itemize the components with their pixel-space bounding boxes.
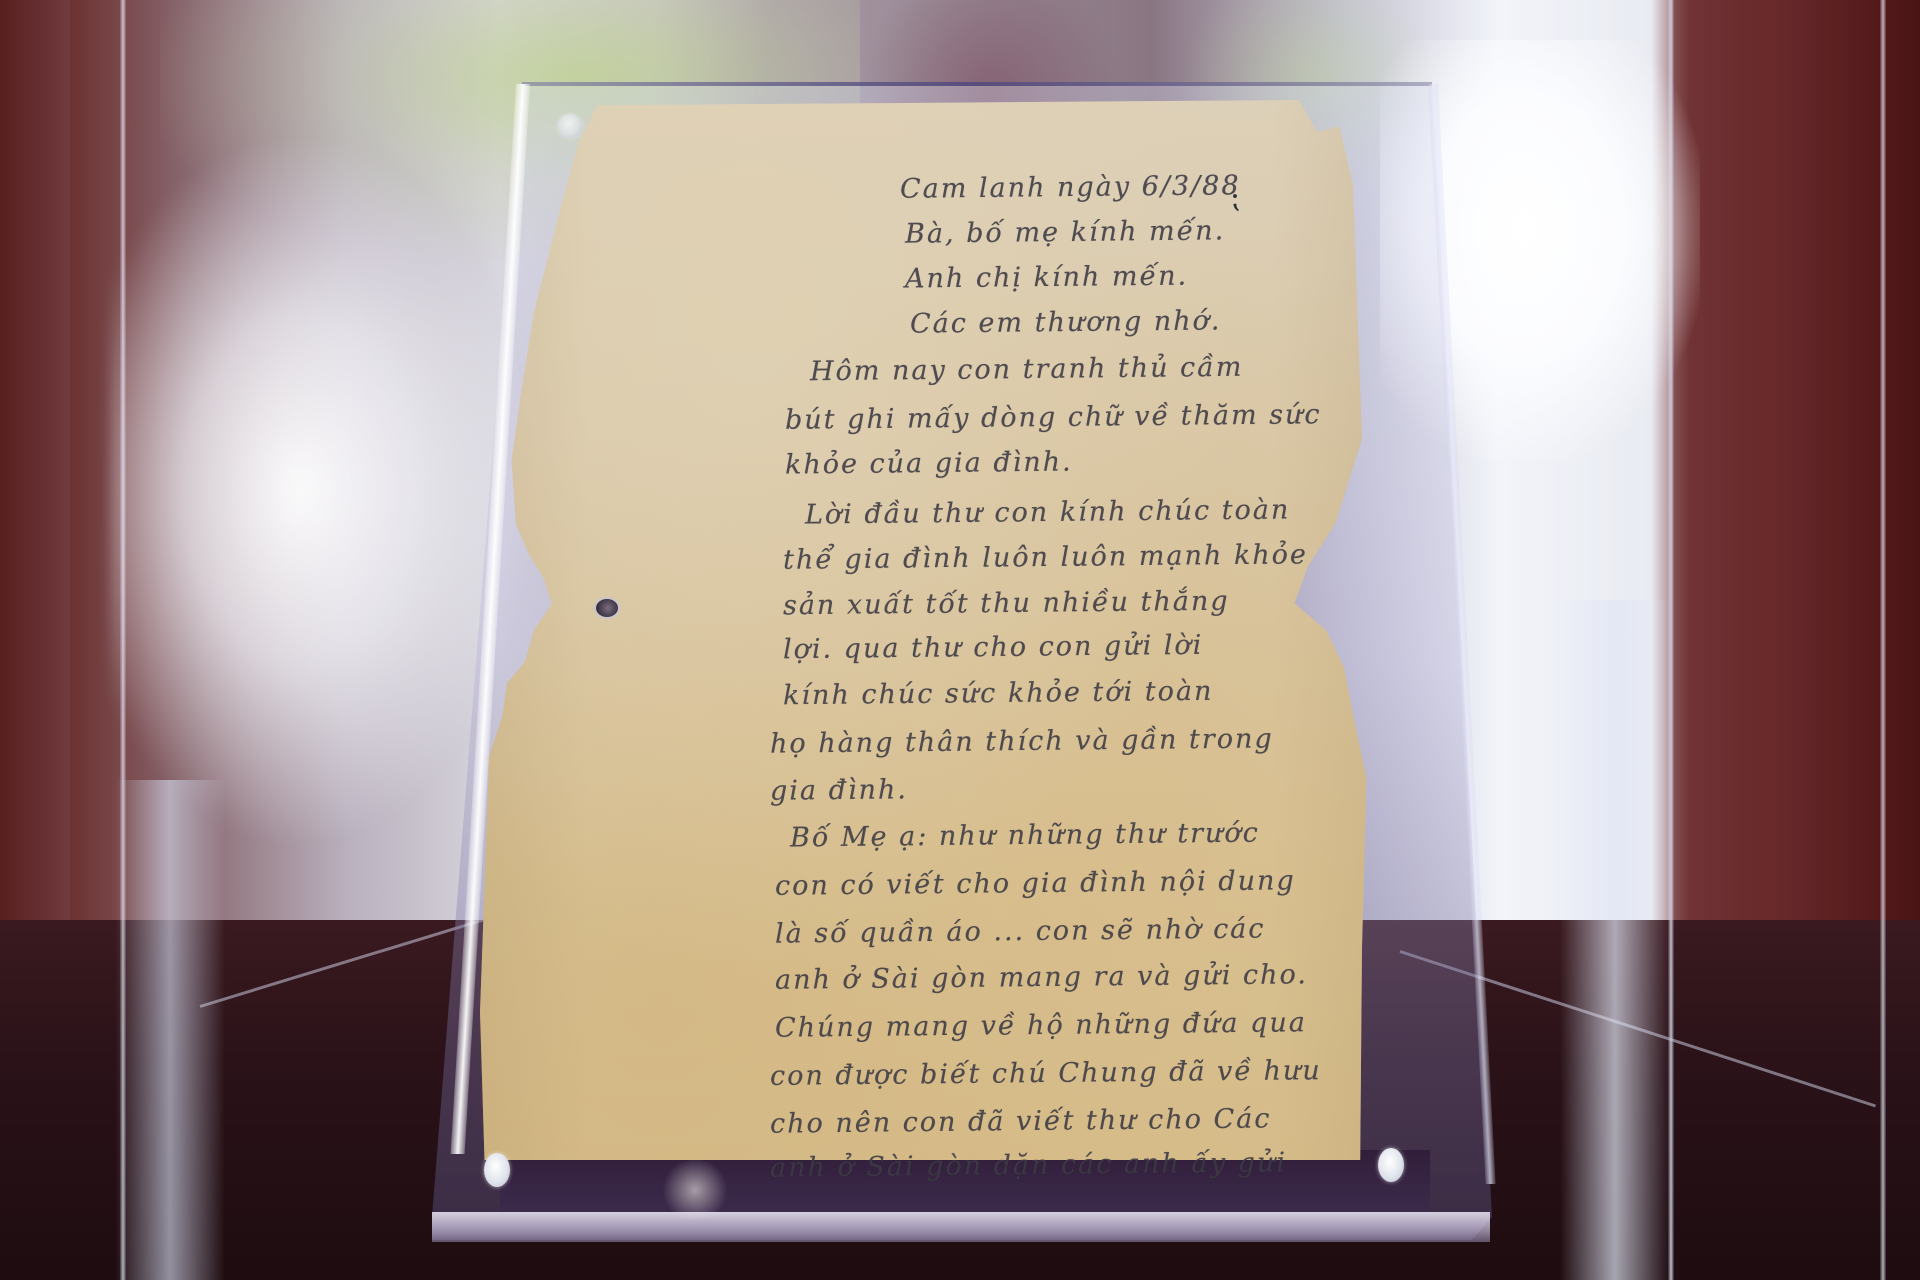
letter-greeting: Bà, bố mẹ kính mến. [905,215,1226,249]
letter-line: khỏe của gia đình. [785,446,1073,480]
letter-line: thể gia đình luôn luôn mạnh khỏe [783,539,1308,575]
letter-line: anh ở Sài gòn mang ra và gửi cho. [775,959,1308,996]
letter-line: Hôm nay con tranh thủ cầm [810,352,1244,388]
letter-line: lợi. qua thư cho con gửi lời [783,630,1204,665]
letter-line: Bố Mẹ ạ: như những thư trước [790,818,1260,854]
letter-greeting: Các em thương nhớ. [910,305,1222,339]
letter-line: bút ghi mấy dòng chữ về thăm sức [785,399,1322,436]
letter-line: Chúng mang về hộ những đứa qua [775,1007,1307,1044]
letter-place-date: Cam lanh ngày 6/3/88 [900,170,1241,205]
letter-line: kính chúc sức khỏe tới toàn [783,676,1214,712]
letter-line: anh ở Sài gòn dặn các anh ấy gửi [770,1147,1287,1183]
letter-line: cho nên con đã viết thư cho Các [770,1103,1272,1139]
museum-photo: ⁏ Cam lanh ngày 6/3/88 Bà, bố mẹ kính mế… [0,0,1920,1280]
letter-line: gia đình. [770,774,908,806]
letter-line: họ hàng thân thích và gần trong [770,723,1274,759]
letter-line: là số quần áo ... con sẽ nhờ các [775,913,1266,949]
handwritten-letter: ⁏ Cam lanh ngày 6/3/88 Bà, bố mẹ kính mế… [0,0,1920,1280]
letter-line: con có viết cho gia đình nội dung [775,865,1296,901]
letter-greeting: Anh chị kính mến. [905,261,1188,295]
letter-line: con được biết chú Chung đã về hưu [770,1055,1322,1092]
letter-line: sản xuất tốt thu nhiều thắng [783,586,1230,622]
letter-line: Lời đầu thư con kính chúc toàn [805,494,1291,530]
